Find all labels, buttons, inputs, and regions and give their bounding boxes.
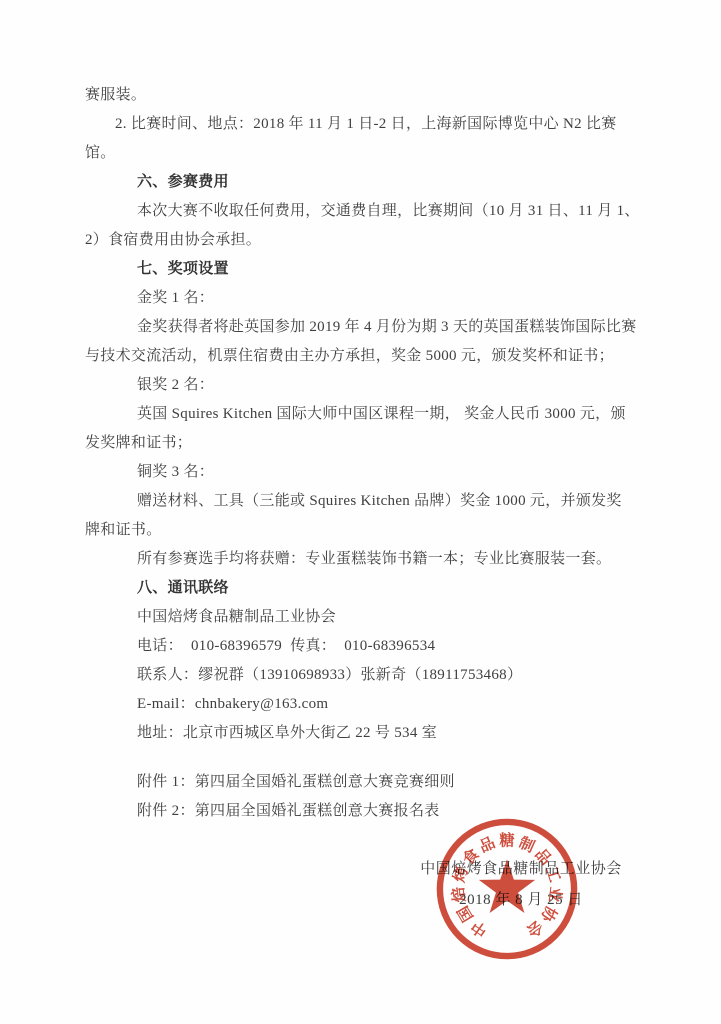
stamp-ring-char: 糖 — [499, 832, 515, 850]
stamp-ring-text: 中国焙烤食品糖制品工业协会 — [449, 832, 564, 941]
stamp-ring-char: 会 — [523, 917, 546, 941]
section-heading: 七、奖项设置 — [85, 255, 647, 284]
text-line: 牌和证书。 — [85, 516, 647, 545]
section-heading: 六、参赛费用 — [85, 168, 647, 197]
text-line: 联系人：缪祝群（13910698933）张新奇（18911753468） — [85, 661, 647, 690]
text-line: E-mail：chnbakery@163.com — [85, 690, 647, 719]
text-line: 馆。 — [85, 139, 647, 168]
text-line: 2. 比赛时间、地点：2018 年 11 月 1 日-2 日，上海新国际博览中心… — [85, 110, 647, 139]
text-line: 所有参赛选手均将获赠：专业蛋糕装饰书籍一本；专业比赛服装一套。 — [85, 545, 647, 574]
stamp-ring-char: 中 — [468, 917, 490, 940]
text-line: 发奖牌和证书； — [85, 429, 647, 458]
text-line: 附件 1：第四届全国婚礼蛋糕创意大赛竞赛细则 — [85, 768, 647, 797]
blank-line — [85, 748, 647, 768]
text-line: 2）食宿费用由协会承担。 — [85, 226, 647, 255]
stamp-ring-char: 制 — [516, 834, 537, 856]
document-body: 赛服装。2. 比赛时间、地点：2018 年 11 月 1 日-2 日，上海新国际… — [85, 81, 647, 826]
text-line: 金奖 1 名： — [85, 284, 647, 313]
text-line: 赛服装。 — [85, 81, 647, 110]
text-line: 金奖获得者将赴英国参加 2019 年 4 月份为期 3 天的英国蛋糕装饰国际比赛 — [85, 313, 647, 342]
stamp-ring-char: 品 — [477, 834, 498, 856]
text-line: 与技术交流活动，机票住宿费由主办方承担，奖金 5000 元，颁发奖杯和证书； — [85, 342, 647, 371]
section-heading: 八、通讯联络 — [85, 574, 647, 603]
text-line: 本次大赛不收取任何费用，交通费自理，比赛期间（10 月 31 日、11 月 1、 — [85, 197, 647, 226]
text-line: 银奖 2 名： — [85, 371, 647, 400]
signature-date: 2018 年 8 月 25 日 — [400, 888, 642, 909]
text-line: 英国 Squires Kitchen 国际大师中国区课程一期， 奖金人民币 30… — [85, 400, 647, 429]
text-line: 电话： 010-68396579 传真： 010-68396534 — [85, 632, 647, 661]
text-line: 赠送材料、工具（三能或 Squires Kitchen 品牌）奖金 1000 元… — [85, 487, 647, 516]
text-line: 铜奖 3 名： — [85, 458, 647, 487]
text-line: 地址：北京市西城区阜外大街乙 22 号 534 室 — [85, 719, 647, 748]
signature-org: 中国焙烤食品糖制品工业协会 — [400, 857, 642, 878]
text-line: 中国焙烤食品糖制品工业协会 — [85, 603, 647, 632]
text-line: 附件 2：第四届全国婚礼蛋糕创意大赛报名表 — [85, 797, 647, 826]
document-page: 赛服装。2. 比赛时间、地点：2018 年 11 月 1 日-2 日，上海新国际… — [0, 0, 721, 1024]
